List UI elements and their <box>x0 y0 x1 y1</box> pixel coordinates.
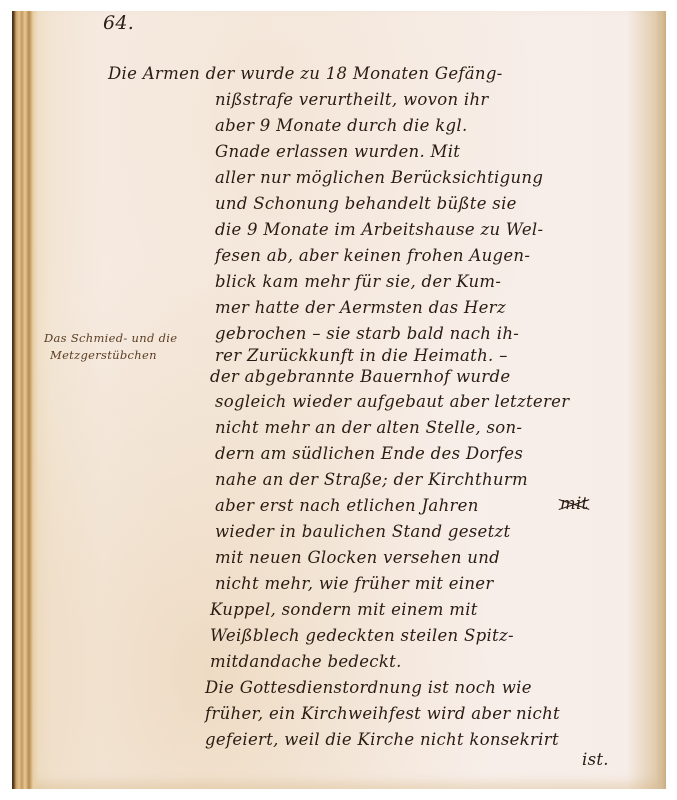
text-line-21: nicht mehr, wie früher mit einer <box>215 576 494 593</box>
text-line-26: früher, ein Kirchweihfest wird aber nich… <box>205 706 560 723</box>
text-line-10: mer hatte der Aermsten das Herz <box>215 300 506 317</box>
text-line-16: dern am südlichen Ende des Dorfes <box>215 446 523 463</box>
text-line-20: mit neuen Glocken versehen und <box>215 550 500 567</box>
text-line-9: blick kam mehr für sie, der Kum- <box>215 274 501 291</box>
text-line-6: und Schonung behandelt büßte sie <box>215 196 517 213</box>
text-line-27: gefeiert, weil die Kirche nicht konsekri… <box>205 732 559 749</box>
text-line-22: Kuppel, sondern mit einem mit <box>210 602 478 619</box>
text-line-24: mitdandache bedeckt. <box>210 654 402 671</box>
text-line-13: der abgebrannte Bauernhof wurde <box>210 369 510 386</box>
text-line-18: aber erst nach etlichen Jahren <box>215 498 479 515</box>
text-line-12: rer Zurückkunft in die Heimath. – <box>215 348 508 365</box>
text-line-3: aber 9 Monate durch die kgl. <box>215 118 468 135</box>
text-line-4: Gnade erlassen wurden. Mit <box>215 144 460 161</box>
page-right-edge <box>656 11 666 789</box>
text-line-2: nißstrafe verurtheilt, wovon ihr <box>215 92 489 109</box>
page-binding-edge <box>12 11 38 789</box>
text-line-19: wieder in baulichen Stand gesetzt <box>215 524 510 541</box>
text-line-5: aller nur möglichen Berücksichtigung <box>215 170 543 187</box>
text-line-14: sogleich wieder aufgebaut aber letzterer <box>215 394 569 411</box>
text-line-25: Die Gottesdienstordnung ist noch wie <box>205 680 532 697</box>
text-line-15: nicht mehr an der alten Stelle, son- <box>215 420 522 437</box>
page-number: 64. <box>103 12 134 34</box>
text-line-17: nahe an der Straße; der Kirchthurm <box>215 472 528 489</box>
text-line-23: Weißblech gedeckten steilen Spitz- <box>210 628 514 645</box>
text-line-11: gebrochen – sie starb bald nach ih- <box>215 326 519 343</box>
text-line-1: Die Armen der wurde zu 18 Monaten Gefäng… <box>108 66 503 83</box>
margin-note-line-1: Das Schmied- und die <box>44 331 177 345</box>
struck-through-word: mit <box>560 496 588 513</box>
text-line-8: fesen ab, aber keinen frohen Augen- <box>215 248 530 265</box>
scanned-image: 64. Das Schmied- und die Metzgerstübchen… <box>0 0 677 800</box>
text-line-28: ist. <box>582 752 609 769</box>
text-line-7: die 9 Monate im Arbeitshause zu Wel- <box>215 222 543 239</box>
margin-note-line-2: Metzgerstübchen <box>50 348 157 362</box>
